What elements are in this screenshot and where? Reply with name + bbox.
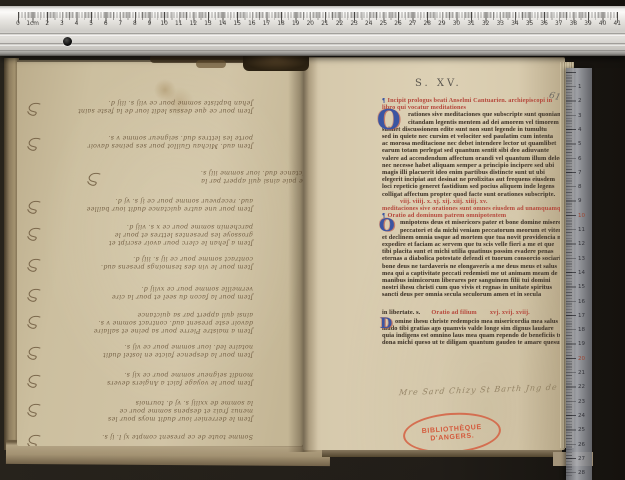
ruler-groove xyxy=(0,45,625,46)
text-line: manibus inimicorum liberares per sanguin… xyxy=(382,277,564,284)
red-line: meditaciones sive orationes sunt omnes e… xyxy=(382,205,564,212)
vertical-ruler-number: 6 xyxy=(578,156,582,162)
rubric-line: libro qui vocatur meditationes xyxy=(382,104,564,111)
entry-text: Jtem le derrenier iour dudit moys pour l… xyxy=(41,398,253,422)
mid-rubric: ¶Oratio ad dominum patrem omnipotentem xyxy=(382,212,564,219)
vertical-ruler-number: 22 xyxy=(578,384,585,390)
vertical-ruler-number: 12 xyxy=(578,241,585,247)
vertical-ruler-number: 16 xyxy=(578,299,585,305)
vertical-ruler-number: 15 xyxy=(578,284,585,290)
ruler-number: 8 xyxy=(133,21,137,27)
vertical-ruler-number: 24 xyxy=(578,413,585,419)
vertical-ruler-number: 13 xyxy=(578,256,585,262)
text-line: Jtem pour une autre quictance dudit iour… xyxy=(41,204,253,212)
text-line: Jtem a Jehan le clerc pour avoir escript… xyxy=(41,238,253,246)
text-line: ainsi quil appert par sa quictance xyxy=(41,310,253,318)
text-line: earum totam perlegat sed quantum sentit … xyxy=(382,147,564,154)
text-line: Jtem le derrenier iour dudit moys pour l… xyxy=(41,414,253,422)
text-line: peccatori et da michi veniam peccatorum … xyxy=(382,227,564,234)
text-line: magis illi placuerit ideo enim partibus … xyxy=(382,169,564,176)
ruler-number: 20 xyxy=(307,21,314,27)
ledger-entry: Jtem pour la despence faicte en lostel d… xyxy=(41,342,253,358)
text-line: mnipotens deus et misericors pater et bo… xyxy=(382,219,564,226)
mixed-line: in libertate. s. Oratio ad filium xvj. x… xyxy=(382,299,564,318)
ruler-number: 37 xyxy=(555,21,562,27)
text-line: omine ihesu christe redempcio mea miseri… xyxy=(382,318,564,325)
drop-cap-initial: O xyxy=(379,217,395,235)
text-line: sancti deus per omnia secula seculorum a… xyxy=(382,291,564,298)
entry-text: Jtem pour la despence faicte en lostel d… xyxy=(41,342,253,358)
text-line: rationes sive meditaciones que subscript… xyxy=(382,111,564,118)
ledger-entry: Jtem pour ce que dessus ledit iour de la… xyxy=(41,98,253,114)
ruler-number: 9 xyxy=(148,21,152,27)
ledger-entry: Jtem le derrenier iour dudit moys pour l… xyxy=(41,398,253,422)
text-line: grossoye les presentes lettres et pour l… xyxy=(41,230,253,238)
text-line: citandam legentis mentem ad dei amorem v… xyxy=(382,119,564,126)
ruler-number: 21 xyxy=(321,21,328,27)
ruler-number: 3 xyxy=(60,21,64,27)
ruler-number: 6 xyxy=(104,21,108,27)
vertical-ruler-number: 21 xyxy=(578,370,585,376)
vertical-ruler-number: 27 xyxy=(578,456,585,462)
ruler-number: 13 xyxy=(204,21,211,27)
ledger-entry: Somme toute de ce present compte xj l. i… xyxy=(41,432,253,440)
entry-text: Jtem pour le vin des tesmoings presens a… xyxy=(41,254,253,270)
drop-cap-initial: D xyxy=(380,317,392,331)
vertical-ruler-number: 9 xyxy=(578,198,582,204)
ruler-number: 41 xyxy=(614,21,621,27)
ruler-number: 35 xyxy=(526,21,533,27)
vertical-ruler-number: 4 xyxy=(578,127,582,133)
entry-text: este paie ainsi quil appert par laquicta… xyxy=(101,168,303,184)
ruler-hole xyxy=(63,37,72,46)
top-damage-patch xyxy=(196,60,226,68)
text-line: Jtem pour la facon du seel et pour la ci… xyxy=(41,292,253,300)
text-line: et declinem omnia usque ad mortem que tu… xyxy=(382,234,564,241)
text-line: sed in quiete nec cursim et velociter se… xyxy=(382,133,564,140)
text-line: mea qui a captivitate peccati redemisti … xyxy=(382,270,564,277)
text-line: contract somme pour ce iij s. iiij d. xyxy=(41,254,253,262)
ledger-entry: Jtem pour la facon du seel et pour la ci… xyxy=(41,284,253,300)
text-line: loci repeticio generet fastidium sed poc… xyxy=(382,183,564,190)
vertical-ruler-number: 25 xyxy=(578,427,585,433)
text-line: menuz fraiz et despens somme pour ce xyxy=(41,406,253,414)
ruler-number: 18 xyxy=(277,21,284,27)
text-line: davoir este present aud. contract somme … xyxy=(41,318,253,326)
text-line: ac morosa meditacione nec debet intender… xyxy=(382,140,564,147)
text-line: porte les lettres dud. seigneur somme v … xyxy=(41,133,253,141)
ruler-number: 32 xyxy=(482,21,489,27)
entry-text: Jtem pour le voyage faict a Angiers deve… xyxy=(41,370,253,386)
left-page: Jtem pour ce que dessus ledit iour de la… xyxy=(17,60,303,446)
vertical-ruler-number: 19 xyxy=(578,341,585,347)
ruler-groove xyxy=(0,43,625,44)
ruler-number: 5 xyxy=(89,21,93,27)
entry-text: Jtem pour ce que dessus ledit iour de la… xyxy=(41,98,253,114)
gutter-shadow xyxy=(288,56,318,452)
vertical-ruler-number: 2 xyxy=(578,98,582,104)
text-line: eternas a diabolica potestate defendi et… xyxy=(382,255,564,262)
ledger-entry: Jtem aud. Michau Guillot pour ses peines… xyxy=(41,133,253,149)
ruler-number: 17 xyxy=(263,21,270,27)
manuscript-photo: Jtem pour ce que dessus ledit iour de la… xyxy=(0,0,625,480)
entry-text: Jtem a maistre Pierre pour sa peine et s… xyxy=(41,310,253,334)
text-line: Jtem pour la despence faicte en lostel d… xyxy=(41,350,253,358)
text-line: laudo tibi gratias ago quamvis valde lon… xyxy=(382,325,564,332)
ruler-number: 19 xyxy=(292,21,299,27)
vertical-ruler-number: 20 xyxy=(578,356,585,362)
text-line: nec necesse habet aliquam semper a princ… xyxy=(382,162,564,169)
ruler-number: 0 xyxy=(16,21,20,27)
vertical-ruler-number: 5 xyxy=(578,141,582,147)
text-line: colligat affectum propter quod facte sun… xyxy=(382,191,564,198)
vertical-ruler-cm-ticks xyxy=(566,72,576,476)
horizontal-ruler: 01cm234567891011121314151617181920212223… xyxy=(0,6,625,56)
text-line: Jtem pour le voyage faict a Angiers deve… xyxy=(41,378,253,386)
text-line: bone deus ne tardaveris ne elongaveris a… xyxy=(382,263,564,270)
ruler-number: 29 xyxy=(438,21,445,27)
vertical-ruler-number: 1 xyxy=(578,84,582,90)
entry-text: Jtem pour une autre quictance dudit iour… xyxy=(41,196,253,212)
text-line: Jtem aud. Michau Guillot pour ses peines… xyxy=(41,141,253,149)
ruler-number: 2 xyxy=(45,21,49,27)
ruler-number: 14 xyxy=(219,21,226,27)
drop-cap-initial: O xyxy=(377,107,401,134)
text-line: elegerit incipiat aut desinat ne prolixi… xyxy=(382,176,564,183)
ruler-number: 4 xyxy=(75,21,79,27)
ruler-number: 30 xyxy=(453,21,460,27)
ruler-groove xyxy=(0,35,625,36)
text-line: Jtem a maistre Pierre pour sa peine et s… xyxy=(41,326,253,334)
text-line: este paie ainsi quil appert par la xyxy=(101,176,303,184)
entry-text: Jtem pour la facon du seel et pour la ci… xyxy=(41,284,253,300)
ex-libris-inscription: Mre Sard Chizy St Barth Jng de Mari xyxy=(399,382,565,398)
library-stamp: BIBLIOTHÈQUE D'ANGERS. xyxy=(402,410,503,450)
ruler-number: 16 xyxy=(248,21,255,27)
ledger-entry: Jtem a maistre Pierre pour sa peine et s… xyxy=(41,310,253,334)
ledger-entry: Jtem pour le voyage faict a Angiers deve… xyxy=(41,370,253,386)
text-line: valere ad accendendum affectum orandi ve… xyxy=(382,155,564,162)
right-page: S. XV. 61 ¶Incipit prologus beati Anselm… xyxy=(303,57,565,450)
ruler-number: 11 xyxy=(175,21,182,27)
ruler-number: 34 xyxy=(511,21,518,27)
text-line: la somme de xxiiij s. vj d. tournois xyxy=(41,398,253,406)
ruler-number: 7 xyxy=(118,21,122,27)
vertical-ruler-number: 23 xyxy=(578,399,585,405)
ruler-number: 40 xyxy=(599,21,606,27)
ruler-groove xyxy=(0,33,625,34)
ruler-number: 36 xyxy=(540,21,547,27)
entry-text: Jtem aud. Michau Guillot pour ses peines… xyxy=(41,133,253,149)
ruler-number: 22 xyxy=(336,21,343,27)
body-text-block: D omine ihesu christe redempcio mea mise… xyxy=(382,318,564,347)
text-line: Jtem pour le vin des tesmoings presens a… xyxy=(41,262,253,270)
ledger-entry: este paie ainsi quil appert par laquicta… xyxy=(101,168,303,184)
ruler-number: 28 xyxy=(424,21,431,27)
rubric-line: ¶Incipit prologus beati Anselmi Cantuari… xyxy=(382,97,564,104)
ledger-entry: Jtem a Jehan le clerc pour avoir escript… xyxy=(41,222,253,246)
ruler-number: 10 xyxy=(160,21,167,27)
ruler-number: 24 xyxy=(365,21,372,27)
ruler-number: 23 xyxy=(350,21,357,27)
ruler-number: 27 xyxy=(409,21,416,27)
right-page-text: ¶Incipit prologus beati Anselmi Cantuari… xyxy=(382,97,564,347)
text-line: Somme toute de ce present compte xj l. i… xyxy=(41,432,253,440)
vertical-ruler-number: 18 xyxy=(578,327,585,333)
ledger-entry: Jtem pour une autre quictance dudit iour… xyxy=(41,196,253,212)
ruler-number: 33 xyxy=(497,21,504,27)
pilcrow-icon: ¶ xyxy=(382,97,386,104)
entry-text: Jtem a Jehan le clerc pour avoir escript… xyxy=(41,222,253,246)
text-line: suimet discussionem edite sunt non sunt … xyxy=(382,126,564,133)
text-line: aud. recepveur somme pour ce ij s. vj d. xyxy=(41,196,253,204)
vertical-ruler-number: 26 xyxy=(578,442,585,448)
entry-text: Somme toute de ce present compte xj l. i… xyxy=(41,432,253,440)
vertical-ruler-number: 28 xyxy=(578,470,585,476)
vertical-ruler: 1234567891011121314151617181920212223242… xyxy=(566,68,592,480)
text-line: quictance dud. iour somme iiij s. xyxy=(101,168,303,176)
text-line: expedire et faciam ac servem que tu scis… xyxy=(382,241,564,248)
ruler-number: 26 xyxy=(394,21,401,27)
vertical-ruler-number: 14 xyxy=(578,270,585,276)
text-line: nostri ihesu christi cum quo vivis et re… xyxy=(382,284,564,291)
vertical-ruler-number: 8 xyxy=(578,184,582,190)
text-line: notaire led. iour somme pour ce vij s. xyxy=(41,342,253,350)
ruler-number: 31 xyxy=(467,21,474,27)
body-text-block: O rationes sive meditaciones que subscri… xyxy=(382,111,564,197)
ruler-number: 15 xyxy=(234,21,241,27)
ruler-number: 12 xyxy=(190,21,197,27)
vertical-ruler-number: 17 xyxy=(578,313,585,319)
century-note: S. XV. xyxy=(415,78,462,89)
vertical-ruler-number: 7 xyxy=(578,170,582,176)
text-line: vermeille somme pour ce xviij d. xyxy=(41,284,253,292)
text-line: Jehan baptiste somme pour ce viij s. iii… xyxy=(41,98,253,106)
text-line: Jtem pour ce que dessus ledit iour de la… xyxy=(41,106,253,114)
text-line: parchemin somme pour ce x s. viij d. xyxy=(41,222,253,230)
red-chapter-list: viij. viiij. x. xj. xij. xiij. xiiij. xv… xyxy=(382,198,564,205)
vertical-ruler-number: 11 xyxy=(578,227,585,233)
ruler-groove xyxy=(0,50,625,51)
vertical-ruler-number: 3 xyxy=(578,113,582,119)
ruler-number: 38 xyxy=(570,21,577,27)
body-text-block: O mnipotens deus et misericors pater et … xyxy=(382,219,564,298)
text-line: quia indigens est omnino laus mea quam r… xyxy=(382,332,564,339)
vertical-ruler-number: 10 xyxy=(578,213,585,219)
text-line: mondit seigneur somme pour ce xij s. xyxy=(41,370,253,378)
ledger-entry: Jtem pour le vin des tesmoings presens a… xyxy=(41,254,253,270)
ruler-number: 25 xyxy=(380,21,387,27)
ruler-number: 39 xyxy=(584,21,591,27)
text-line: tibi placita sunt et michi utilia quatin… xyxy=(382,248,564,255)
text-line: dona michi queso ut te diligam quantum g… xyxy=(382,339,564,346)
ruler-number: 1cm xyxy=(26,21,39,27)
